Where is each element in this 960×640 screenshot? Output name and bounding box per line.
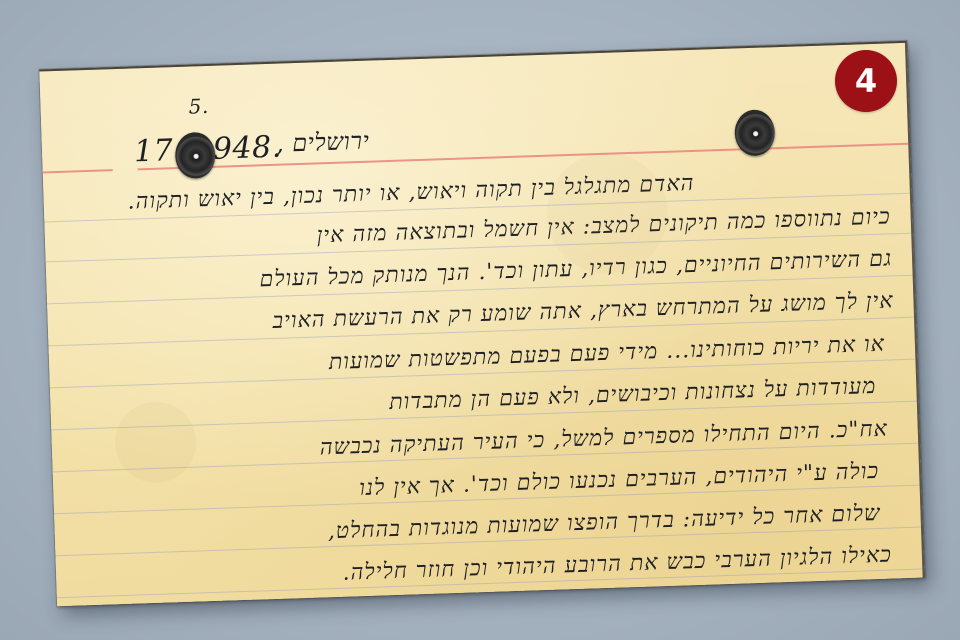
punch-hole-icon — [734, 109, 776, 156]
text-line-6: מעודדות על נצחונות וכיבושים, ולא פעם הן … — [389, 373, 877, 415]
red-margin-rule — [43, 169, 113, 173]
date-month: 5. — [188, 94, 209, 119]
punch-hole-icon — [175, 132, 217, 179]
city-name: ירושלים , — [275, 127, 369, 159]
card-number-badge: 4 — [835, 50, 897, 112]
diary-card: 5. 17. 1948. ירושלים , האדם מתגלגל בין ת… — [39, 41, 924, 606]
text-line-1: האדם מתגלגל בין תקוה ויאוש, או יותר נכון… — [127, 170, 695, 215]
